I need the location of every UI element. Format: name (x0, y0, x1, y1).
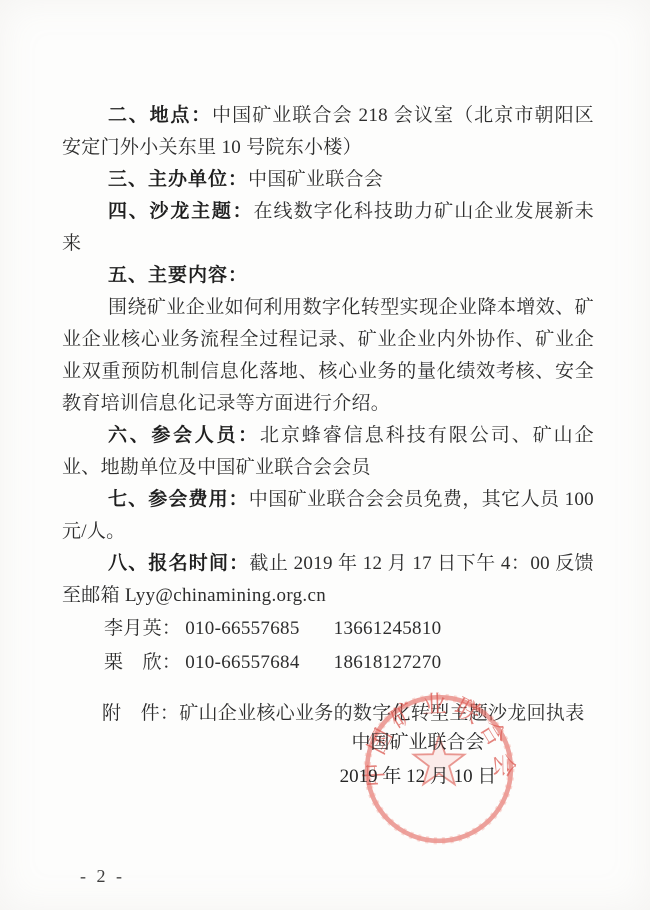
page-number: - 2 - (80, 866, 125, 887)
item-label-participants: 六、参会人员： (108, 425, 260, 446)
item-label-registration-deadline: 八、报名时间： (108, 553, 249, 574)
doc-item-location: 二、地点：中国矿业联合会 218 会议室（北京市朝阳区安定门外小关东里 10 号… (62, 100, 594, 164)
document-body: 二、地点：中国矿业联合会 218 会议室（北京市朝阳区安定门外小关东里 10 号… (0, 0, 650, 730)
signature-organization: 中国矿业联合会 (318, 726, 518, 760)
contact-phone: 010-66557684 (185, 652, 299, 673)
doc-item-fee: 七、参会费用：中国矿业联合会会员免费，其它人员 100 元/人。 (62, 484, 594, 548)
doc-content-paragraph: 围绕矿业企业如何利用数字化转型实现企业降本增效、矿业企业核心业务流程全过程记录、… (62, 292, 594, 420)
doc-item-organizer: 三、主办单位：中国矿业联合会 (62, 164, 594, 196)
contact-mobile: 13661245810 (334, 618, 442, 639)
contact-row-li-xin: 栗 欣：010-6655768418618127270 (62, 646, 594, 680)
contact-name: 栗 欣： (104, 652, 181, 673)
doc-item-registration-deadline: 八、报名时间：截止 2019 年 12 月 17 日下午 4：00 反馈至邮箱 … (62, 548, 594, 612)
contact-name: 李月英： (104, 618, 181, 639)
item-label-organizer: 三、主办单位： (108, 169, 248, 190)
contact-phone: 010-66557685 (185, 618, 299, 639)
item-text-organizer: 中国矿业联合会 (248, 169, 383, 190)
doc-item-main-content: 五、主要内容： (62, 260, 594, 292)
contact-row-li-yueying: 李月英：010-6655768513661245810 (62, 612, 594, 646)
item-label-fee: 七、参会费用： (108, 489, 249, 510)
doc-item-participants: 六、参会人员：北京蜂睿信息科技有限公司、矿山企业、地勘单位及中国矿业联合会会员 (62, 420, 594, 484)
item-label-main-content: 五、主要内容： (108, 265, 248, 286)
item-label-salon-theme: 四、沙龙主题： (108, 201, 253, 222)
signature-date: 2019 年 12 月 10 日 (318, 760, 518, 794)
contact-mobile: 18618127270 (334, 652, 442, 673)
scanned-document-page: 二、地点：中国矿业联合会 218 会议室（北京市朝阳区安定门外小关东里 10 号… (0, 0, 650, 910)
item-label-location: 二、地点： (108, 105, 212, 126)
doc-item-salon-theme: 四、沙龙主题：在线数字化科技助力矿山企业发展新未来 (62, 196, 594, 260)
attachment-label: 附 件： (102, 703, 179, 724)
signature-block: 中国矿业联合会 2019 年 12 月 10 日 (318, 726, 518, 794)
